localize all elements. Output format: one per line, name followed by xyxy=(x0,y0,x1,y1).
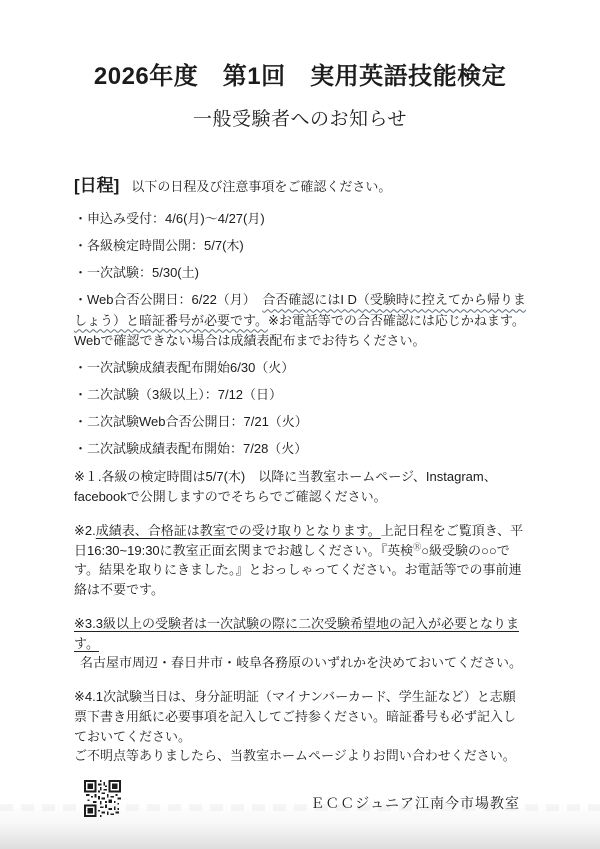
note-4-text: ※4.1次試験当日は、身分証明証（マイナンバーカード、学生証など）と志願票下書き… xyxy=(74,689,516,744)
list-item: ・二次試験Web合否公開日：7/21（火） xyxy=(74,412,526,432)
schedule-heading-note: 以下の日程及び注意事項をご確認ください。 xyxy=(131,179,391,194)
note-4: ※4.1次試験当日は、身分証明証（マイナンバーカード、学生証など）と志願票下書き… xyxy=(74,687,526,766)
list-item: ・一次試験成績表配布開始6/30（火） xyxy=(74,358,526,378)
note-3-underlined: ※3.3級以上の受験者は一次試験の際に二次受験希望地の記入が必要となります。 xyxy=(74,616,519,651)
web-result-prefix: ・Web合否公開日：6/22（月） xyxy=(74,292,262,307)
list-item: ・二次試験（3級以上）：7/12（日） xyxy=(74,385,526,405)
photo-bottom-shade xyxy=(0,803,600,849)
note-1: ※１.各級の検定時間は5/7(木) 以降に当教室ホームページ、Instagram… xyxy=(74,467,526,507)
note-2-marker: ※2. xyxy=(74,523,96,538)
page-title: 2026年度 第1回 実用英語技能検定 xyxy=(74,56,526,91)
list-item: ・二次試験成績表配布開始：7/28（火） xyxy=(74,439,526,459)
note-3-line2: 名古屋市周辺・春日井市・岐阜各務原のいずれかを決めておいてください。 xyxy=(74,653,526,673)
note-3: ※3.3級以上の受験者は一次試験の際に二次受験希望地の記入が必要となります。 名… xyxy=(74,614,526,673)
list-item: ・各級検定時間公開：5/7(木) xyxy=(74,236,526,256)
page-subtitle: 一般受験者へのお知らせ xyxy=(74,104,526,131)
registered-trademark-icon: Ⓡ xyxy=(413,542,421,551)
schedule-heading-bracket: [日程] xyxy=(74,176,119,195)
list-item: ・申込み受付：4/6(月)〜4/27(月) xyxy=(74,209,526,229)
note-2-underlined: 成績表、合格証は教室での受け取りとなります。 xyxy=(96,523,381,538)
notes-section: ※１.各級の検定時間は5/7(木) 以降に当教室ホームページ、Instagram… xyxy=(74,467,526,766)
note-2: ※2.成績表、合格証は教室での受け取りとなります。上記日程をご覧頂き、平日16:… xyxy=(74,521,526,600)
schedule-list: ・申込み受付：4/6(月)〜4/27(月) ・各級検定時間公開：5/7(木) ・… xyxy=(74,209,526,459)
document-page: 2026年度 第1回 実用英語技能検定 一般受験者へのお知らせ [日程]以下の日… xyxy=(0,0,600,849)
list-item: ・一次試験：5/30(土) xyxy=(74,263,526,283)
schedule-heading: [日程]以下の日程及び注意事項をご確認ください。 xyxy=(74,171,526,196)
note-4-line2: ご不明点等ありましたら、当教室ホームページよりお問い合わせください。 xyxy=(74,746,526,766)
list-item-web-result: ・Web合否公開日：6/22（月） 合否確認にはI D（受験時に控えてから帰りま… xyxy=(74,290,526,350)
